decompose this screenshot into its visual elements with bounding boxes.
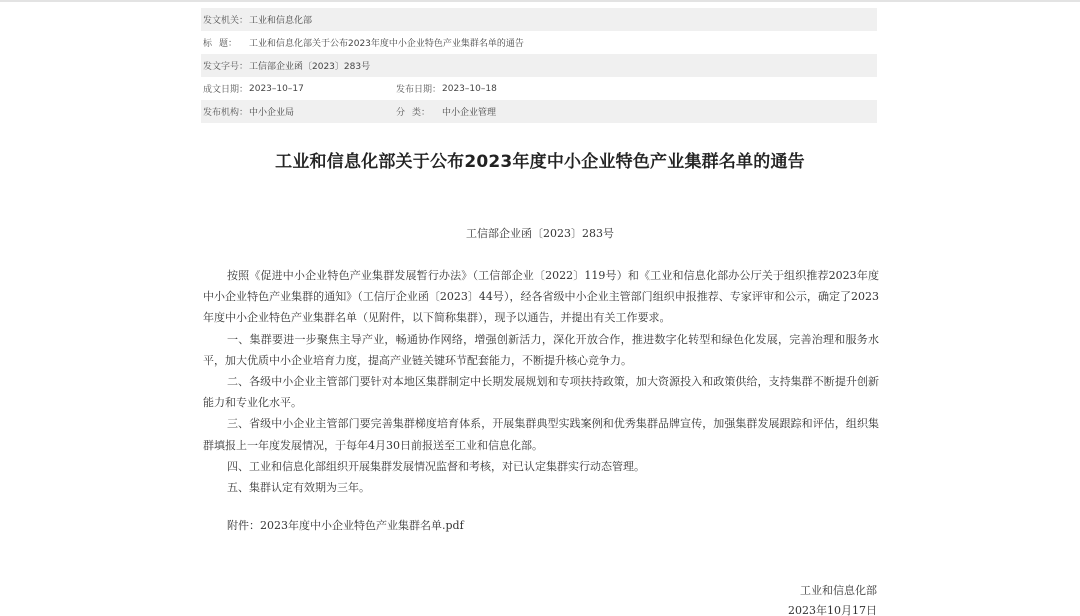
publisher-cell: 发布机构： 中小企业局: [201, 105, 394, 118]
paragraph-item-4: 四、工业和信息化部组织开展集群发展情况监督和考核，对已认定集群实行动态管理。: [203, 456, 879, 477]
paragraph-item-1: 一、集群要进一步聚焦主导产业，畅通协作网络，增强创新活力，深化开放合作，推进数字…: [203, 329, 879, 371]
paragraph-item-3: 三、省级中小企业主管部门要完善集群梯度培育体系，开展集群典型实践案例和优秀集群品…: [203, 413, 879, 455]
doc-number-value: 工信部企业函〔2023〕283号: [249, 59, 370, 72]
attachment-label: 附件：: [227, 519, 260, 532]
written-date-value: 2023–10–17: [249, 84, 304, 94]
category-value: 中小企业管理: [442, 105, 496, 118]
issuer-label: 发文机关：: [201, 13, 249, 26]
signature-date: 2023年10月17日: [788, 601, 877, 616]
publish-date-cell: 发布日期： 2023–10–18: [394, 82, 497, 95]
document-body: 按照《促进中小企业特色产业集群发展暂行办法》（工信部企业〔2022〕119号）和…: [203, 265, 879, 498]
document-title: 工业和信息化部关于公布2023年度中小企业特色产业集群名单的通告: [0, 147, 1080, 172]
written-date-label: 成文日期：: [201, 82, 249, 95]
document-number: 工信部企业函〔2023〕283号: [0, 225, 1080, 241]
top-divider: [0, 0, 1080, 2]
category-cell: 分 类： 中小企业管理: [394, 105, 496, 118]
doc-number-label: 发文字号：: [201, 59, 249, 72]
publisher-value: 中小企业局: [249, 105, 294, 118]
attachment: 附件：2023年度中小企业特色产业集群名单.pdf: [227, 517, 464, 533]
title-label-part: 标: [203, 36, 212, 49]
meta-row-dates: 成文日期： 2023–10–17 发布日期： 2023–10–18: [201, 77, 877, 100]
category-label-part: 类：: [412, 105, 430, 118]
publisher-label: 发布机构：: [201, 105, 249, 118]
category-label: 分 类：: [394, 105, 430, 118]
title-value: 工业和信息化部关于公布2023年度中小企业特色产业集群名单的通告: [249, 36, 524, 49]
meta-row-doc-number: 发文字号： 工信部企业函〔2023〕283号: [201, 54, 877, 77]
paragraph-item-2: 二、各级中小企业主管部门要针对本地区集群制定中长期发展规划和专项扶持政策，加大资…: [203, 371, 879, 413]
document-metadata-table: 发文机关： 工业和信息化部 标 题： 工业和信息化部关于公布2023年度中小企业…: [201, 8, 877, 123]
meta-row-title: 标 题： 工业和信息化部关于公布2023年度中小企业特色产业集群名单的通告: [201, 31, 877, 54]
written-date-cell: 成文日期： 2023–10–17: [201, 82, 394, 95]
title-label: 标 题：: [201, 36, 237, 49]
meta-row-issuer: 发文机关： 工业和信息化部: [201, 8, 877, 31]
meta-row-publisher: 发布机构： 中小企业局 分 类： 中小企业管理: [201, 100, 877, 123]
signature-organization: 工业和信息化部: [788, 581, 877, 601]
publish-date-label: 发布日期：: [394, 82, 442, 95]
paragraph-intro: 按照《促进中小企业特色产业集群发展暂行办法》（工信部企业〔2022〕119号）和…: [203, 265, 879, 329]
attachment-link[interactable]: 2023年度中小企业特色产业集群名单.pdf: [260, 519, 464, 532]
publish-date-value: 2023–10–18: [442, 84, 497, 94]
signature-block: 工业和信息化部 2023年10月17日: [788, 581, 877, 616]
category-label-part: 分: [396, 105, 405, 118]
paragraph-item-5: 五、集群认定有效期为三年。: [203, 477, 879, 498]
title-label-part: 题：: [219, 36, 237, 49]
issuer-value: 工业和信息化部: [249, 13, 312, 26]
